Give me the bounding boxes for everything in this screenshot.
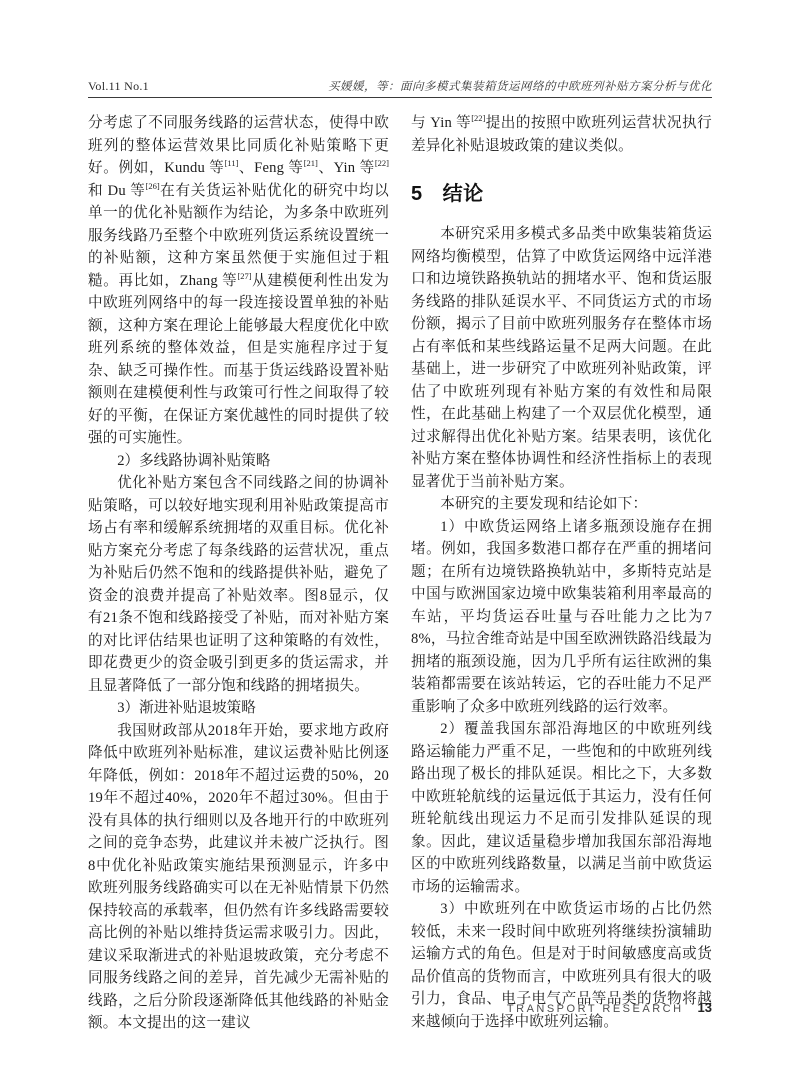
- right-column: 与 Yin 等[22]提出的按照中欧班列运营状况执行差异化补贴退坡政策的建议类似…: [411, 112, 712, 1035]
- volume-issue-label: Vol.11 No.1: [88, 79, 149, 94]
- paragraph-continuation: 分考虑了不同服务线路的运营状态，使得中欧班列的整体运营效果比同质化补贴策略下更好…: [88, 112, 389, 450]
- header-rule: [88, 97, 712, 98]
- content-columns: 分考虑了不同服务线路的运营状态，使得中欧班列的整体运营效果比同质化补贴策略下更好…: [88, 112, 712, 1035]
- paragraph-continuation: 与 Yin 等[22]提出的按照中欧班列运营状况执行差异化补贴退坡政策的建议类似…: [411, 112, 712, 157]
- section-title: 结论: [443, 183, 484, 205]
- section-number: 5: [411, 183, 423, 205]
- page-number: 13: [698, 1000, 712, 1015]
- running-title: 买媛媛，等：面向多模式集装箱货运网络的中欧班列补贴方案分析与优化: [328, 78, 712, 94]
- page-header: Vol.11 No.1 买媛媛，等：面向多模式集装箱货运网络的中欧班列补贴方案分…: [88, 78, 712, 94]
- paper-page: Vol.11 No.1 买媛媛，等：面向多模式集装箱货运网络的中欧班列补贴方案分…: [0, 0, 800, 1078]
- left-column: 分考虑了不同服务线路的运营状态，使得中欧班列的整体运营效果比同质化补贴策略下更好…: [88, 112, 389, 1035]
- paragraph: 本研究的主要发现和结论如下：: [411, 493, 712, 516]
- subsection-heading-2: 2）多线路协调补贴策略: [88, 450, 389, 473]
- paragraph: 优化补贴方案包含不同线路之间的协调补贴策略，可以较好地实现利用补贴政策提高市场占…: [88, 472, 389, 697]
- section-heading-conclusion: 5结论: [411, 181, 712, 207]
- page-footer: TRANSPORT RESEARCH 13: [507, 1000, 712, 1015]
- journal-name: TRANSPORT RESEARCH: [507, 1003, 684, 1015]
- paragraph-conclusion-1: 1）中欧货运网络上诸多瓶颈设施存在拥堵。例如，我国多数港口都存在严重的拥堵问题；…: [411, 516, 712, 719]
- subsection-heading-3: 3）渐进补贴退坡策略: [88, 697, 389, 720]
- paragraph-conclusion-2: 2）覆盖我国东部沿海地区的中欧班列线路运输能力严重不足，一些饱和的中欧班列线路出…: [411, 718, 712, 898]
- paragraph: 本研究采用多模式多品类中欧集装箱货运网络均衡模型，估算了中欧货运网络中远洋港口和…: [411, 223, 712, 493]
- paragraph: 我国财政部从2018年开始，要求地方政府降低中欧班列补贴标准，建议运费补贴比例逐…: [88, 720, 389, 1035]
